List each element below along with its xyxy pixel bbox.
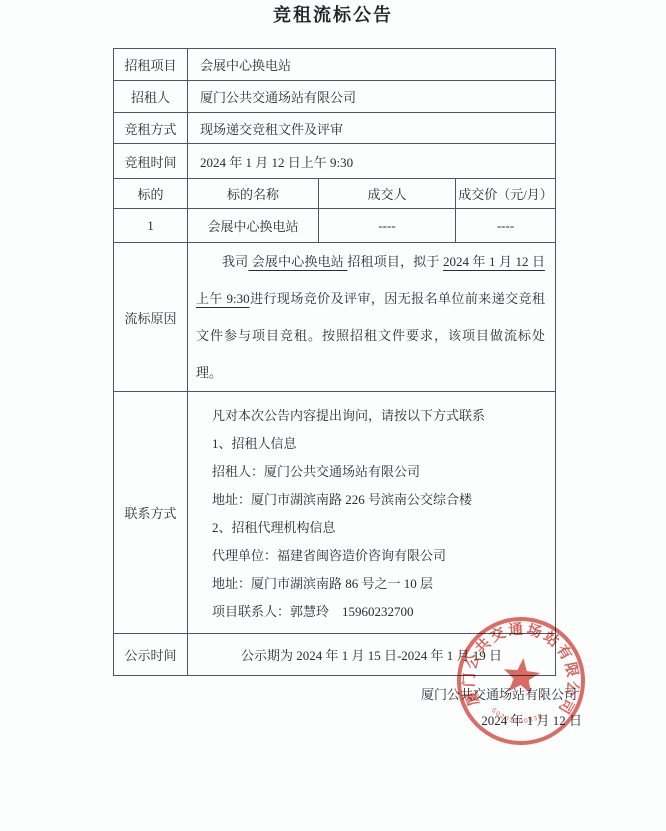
cell-lot-name: 会展中心换电站 [188,209,319,243]
header-lot-name: 标的名称 [188,179,319,209]
label-bidding-time: 竞租时间 [114,144,188,179]
header-price: 成交价（元/月） [456,179,556,209]
contact-line-agency-heading: 2、招租代理机构信息 [212,514,547,542]
failure-reason-text: 我司 会展中心换电站 招租项目，拟于 2024 年 1 月 12 日上午 9:3… [188,243,556,392]
header-lot: 标的 [114,179,188,209]
cell-price-empty: ---- [456,209,556,243]
table-row: 竞租方式 现场递交竞租文件及评审 [114,113,556,144]
company-seal-stamp: 厦门公共交通场站有限公司 3502031008387 [443,603,599,759]
contact-info: 凡对本次公告内容提出询问，请按以下方式联系 1、招租人信息 招租人：厦门公共交通… [188,392,556,634]
announcement-table: 招租项目 会展中心换电站 招租人 厦门公共交通场站有限公司 竞租方式 现场递交竞… [113,48,556,676]
value-bidding-time: 2024 年 1 月 12 日上午 9:30 [188,144,556,179]
label-lessor: 招租人 [114,81,188,113]
reason-segment: 招租项目，拟于 [347,254,443,269]
contact-line-lessor-heading: 1、招租人信息 [212,430,547,458]
cell-lot-no: 1 [114,209,188,243]
value-bidding-method: 现场递交竞租文件及评审 [188,113,556,144]
value-lessor: 厦门公共交通场站有限公司 [188,81,556,113]
value-rental-project: 会展中心换电站 [188,49,556,81]
contact-row: 联系方式 凡对本次公告内容提出询问，请按以下方式联系 1、招租人信息 招租人：厦… [114,392,556,634]
table-row: 招租人 厦门公共交通场站有限公司 [114,81,556,113]
label-failure-reason: 流标原因 [114,243,188,392]
bid-header-row: 标的 标的名称 成交人 成交价（元/月） [114,179,556,209]
header-winner: 成交人 [319,179,456,209]
label-bidding-method: 竞租方式 [114,113,188,144]
table-row: 招租项目 会展中心换电站 [114,49,556,81]
label-rental-project: 招租项目 [114,49,188,81]
cell-winner-empty: ---- [319,209,456,243]
seal-star-icon [502,656,542,694]
label-publicity-time: 公示时间 [114,634,188,676]
contact-line-agency-name: 代理单位：福建省闽咨造价咨询有限公司 [212,542,547,570]
document-page: 竞租流标公告 招租项目 会展中心换电站 招租人 厦门公共交通场站有限公司 竞租方… [0,0,666,831]
failure-reason-row: 流标原因 我司 会展中心换电站 招租项目，拟于 2024 年 1 月 12 日上… [114,243,556,392]
reason-segment: 我司 [222,254,248,269]
label-contact: 联系方式 [114,392,188,634]
page-title: 竞租流标公告 [0,0,666,27]
contact-line-intro: 凡对本次公告内容提出询问，请按以下方式联系 [212,402,547,430]
contact-line-lessor-address: 地址：厦门市湖滨南路 226 号滨南公交综合楼 [212,486,547,514]
table-row: 竞租时间 2024 年 1 月 12 日上午 9:30 [114,144,556,179]
bid-data-row: 1 会展中心换电站 ---- ---- [114,209,556,243]
contact-line-agency-address: 地址：厦门市湖滨南路 86 号之一 10 层 [212,570,547,598]
contact-line-lessor-name: 招租人：厦门公共交通场站有限公司 [212,458,547,486]
reason-segment-underlined: 会展中心换电站 [248,254,347,269]
